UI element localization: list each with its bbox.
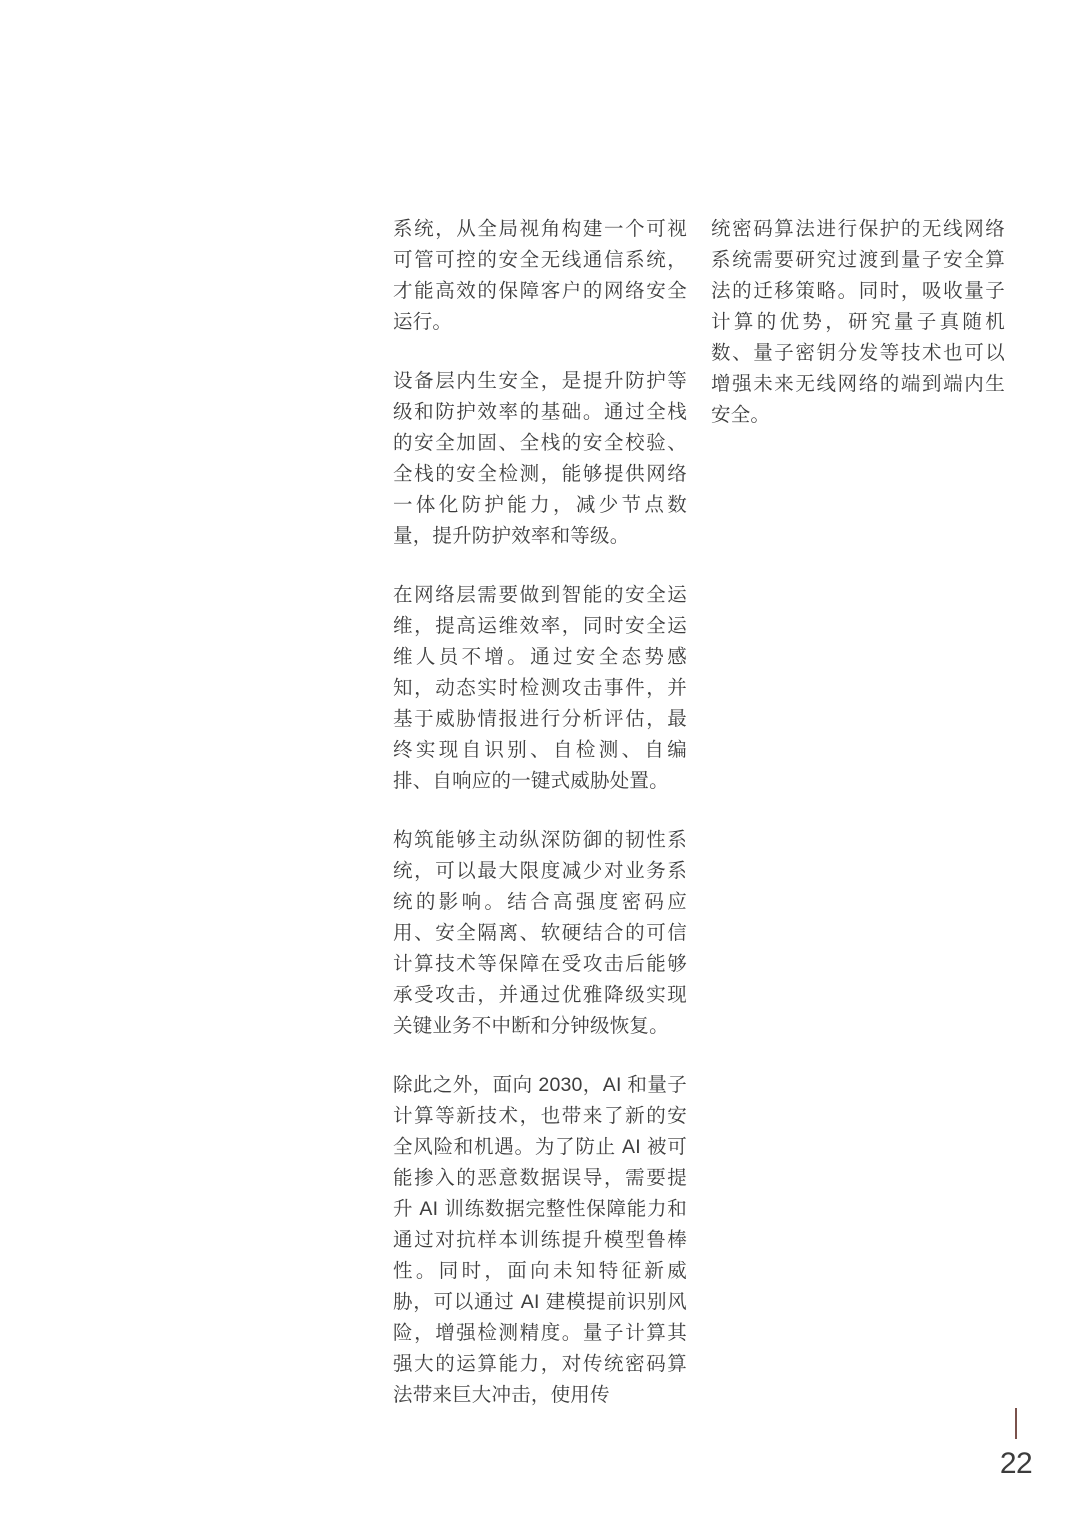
paragraph-2: 设备层内生安全，是提升防护等级和防护效率的基础。通过全栈的安全加固、全栈的安全校… <box>393 366 687 552</box>
paragraph-4: 构筑能够主动纵深防御的韧性系统，可以最大限度减少对业务系统的影响。结合高强度密码… <box>393 825 687 1042</box>
document-page: 系统，从全局视角构建一个可视可管可控的安全无线通信系统，才能高效的保障客户的网络… <box>0 0 1080 1527</box>
page-number: 22 <box>988 1447 1044 1481</box>
footer-accent-tick <box>1015 1408 1017 1439</box>
left-text-column: 系统，从全局视角构建一个可视可管可控的安全无线通信系统，才能高效的保障客户的网络… <box>393 214 687 1439</box>
right-text-column: 统密码算法进行保护的无线网络系统需要研究过渡到量子安全算法的迁移策略。同时，吸收… <box>711 214 1005 459</box>
paragraph-5: 除此之外，面向 2030，AI 和量子计算等新技术，也带来了新的安全风险和机遇。… <box>393 1070 687 1411</box>
paragraph-3: 在网络层需要做到智能的安全运维，提高运维效率，同时安全运维人员不增。通过安全态势… <box>393 580 687 797</box>
paragraph-6: 统密码算法进行保护的无线网络系统需要研究过渡到量子安全算法的迁移策略。同时，吸收… <box>711 214 1005 431</box>
paragraph-1: 系统，从全局视角构建一个可视可管可控的安全无线通信系统，才能高效的保障客户的网络… <box>393 214 687 338</box>
